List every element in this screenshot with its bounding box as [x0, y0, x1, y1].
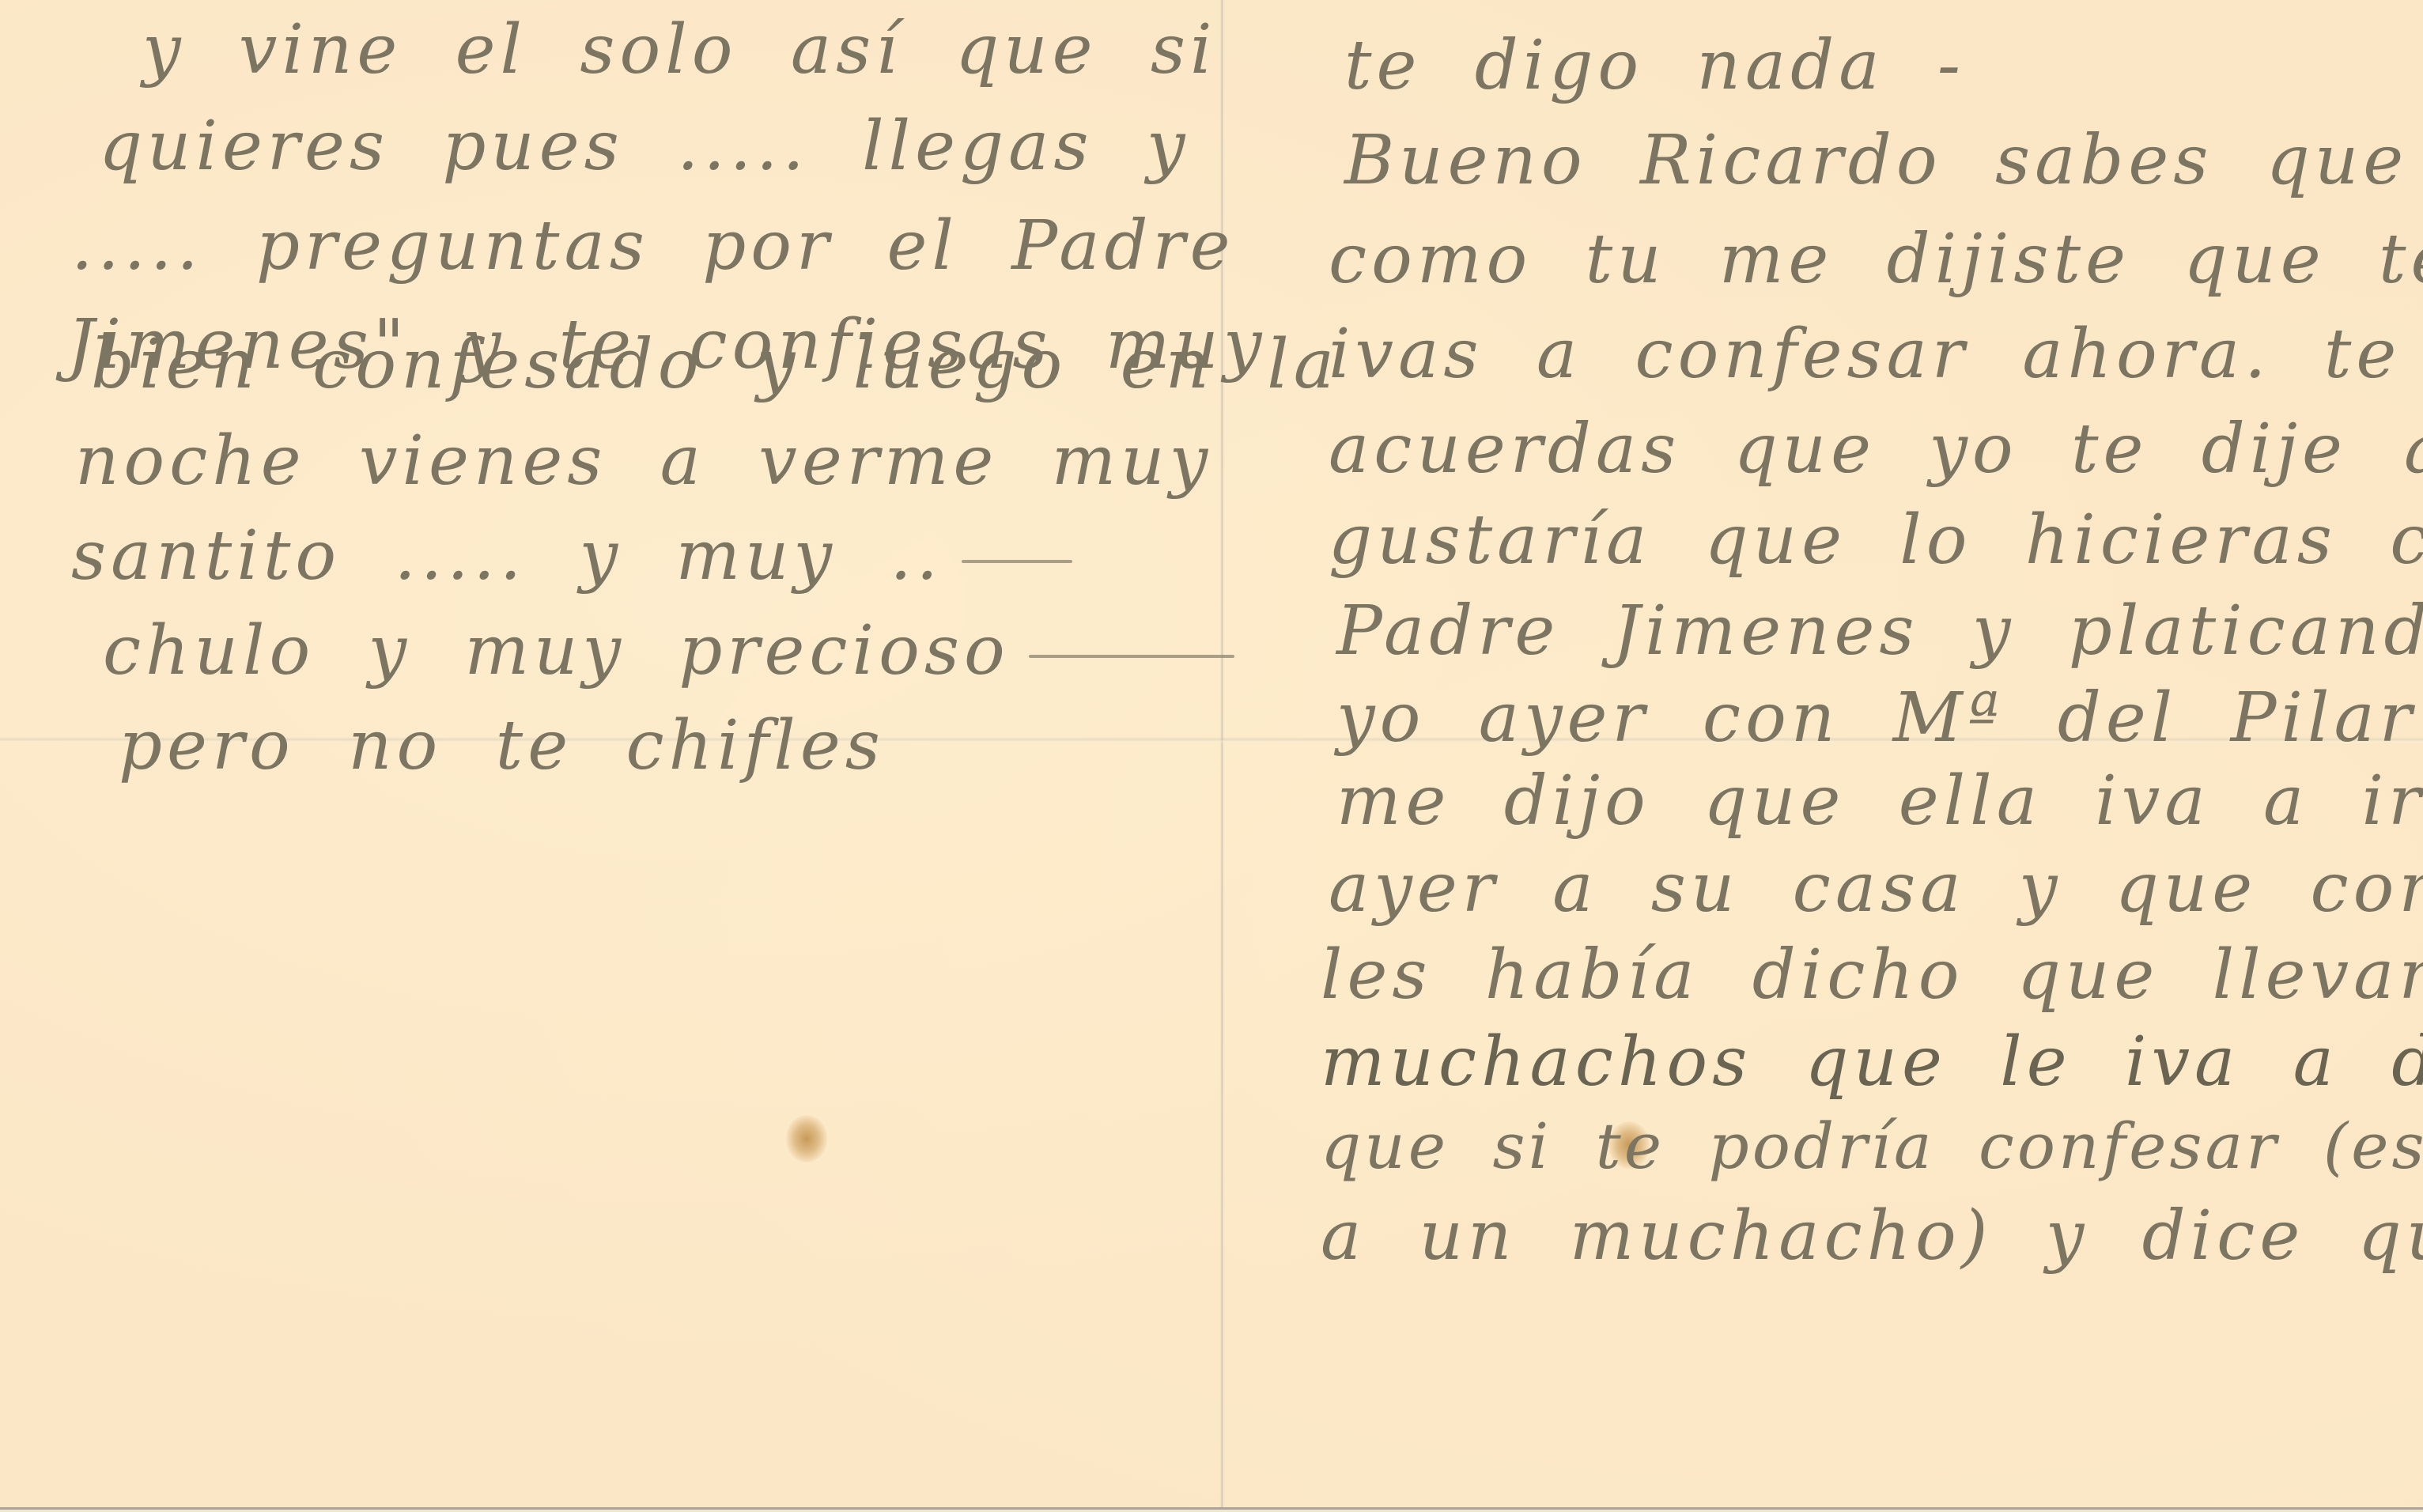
handwritten-line: ..... preguntas por el Padre	[71, 212, 1235, 280]
handwritten-line: pero no te chifles	[119, 712, 885, 780]
handwritten-line: y vine el solo así que si	[142, 16, 1216, 84]
right-page-continued: dijo que él tendría muchísimo	[1226, 0, 2423, 1507]
handwritten-line: chulo y muy precioso	[103, 617, 1234, 685]
left-page: y vine el solo así que si quieres pues .…	[0, 0, 1218, 1507]
line-text: santito ..... y muy ..	[71, 516, 943, 595]
dash-mark	[962, 560, 1072, 563]
line-text: bien confesado y luego en la	[91, 325, 1339, 404]
line-text: chulo y muy precioso	[103, 611, 1010, 690]
dash-mark	[1029, 655, 1234, 658]
handwritten-line: santito ..... y muy ..	[71, 522, 1072, 590]
handwritten-line: quieres pues ..... llegas y	[99, 112, 1189, 180]
handwritten-line: noche vienes a verme muy	[75, 427, 1212, 495]
handwritten-line: bien confesado y luego en la	[91, 331, 1339, 399]
